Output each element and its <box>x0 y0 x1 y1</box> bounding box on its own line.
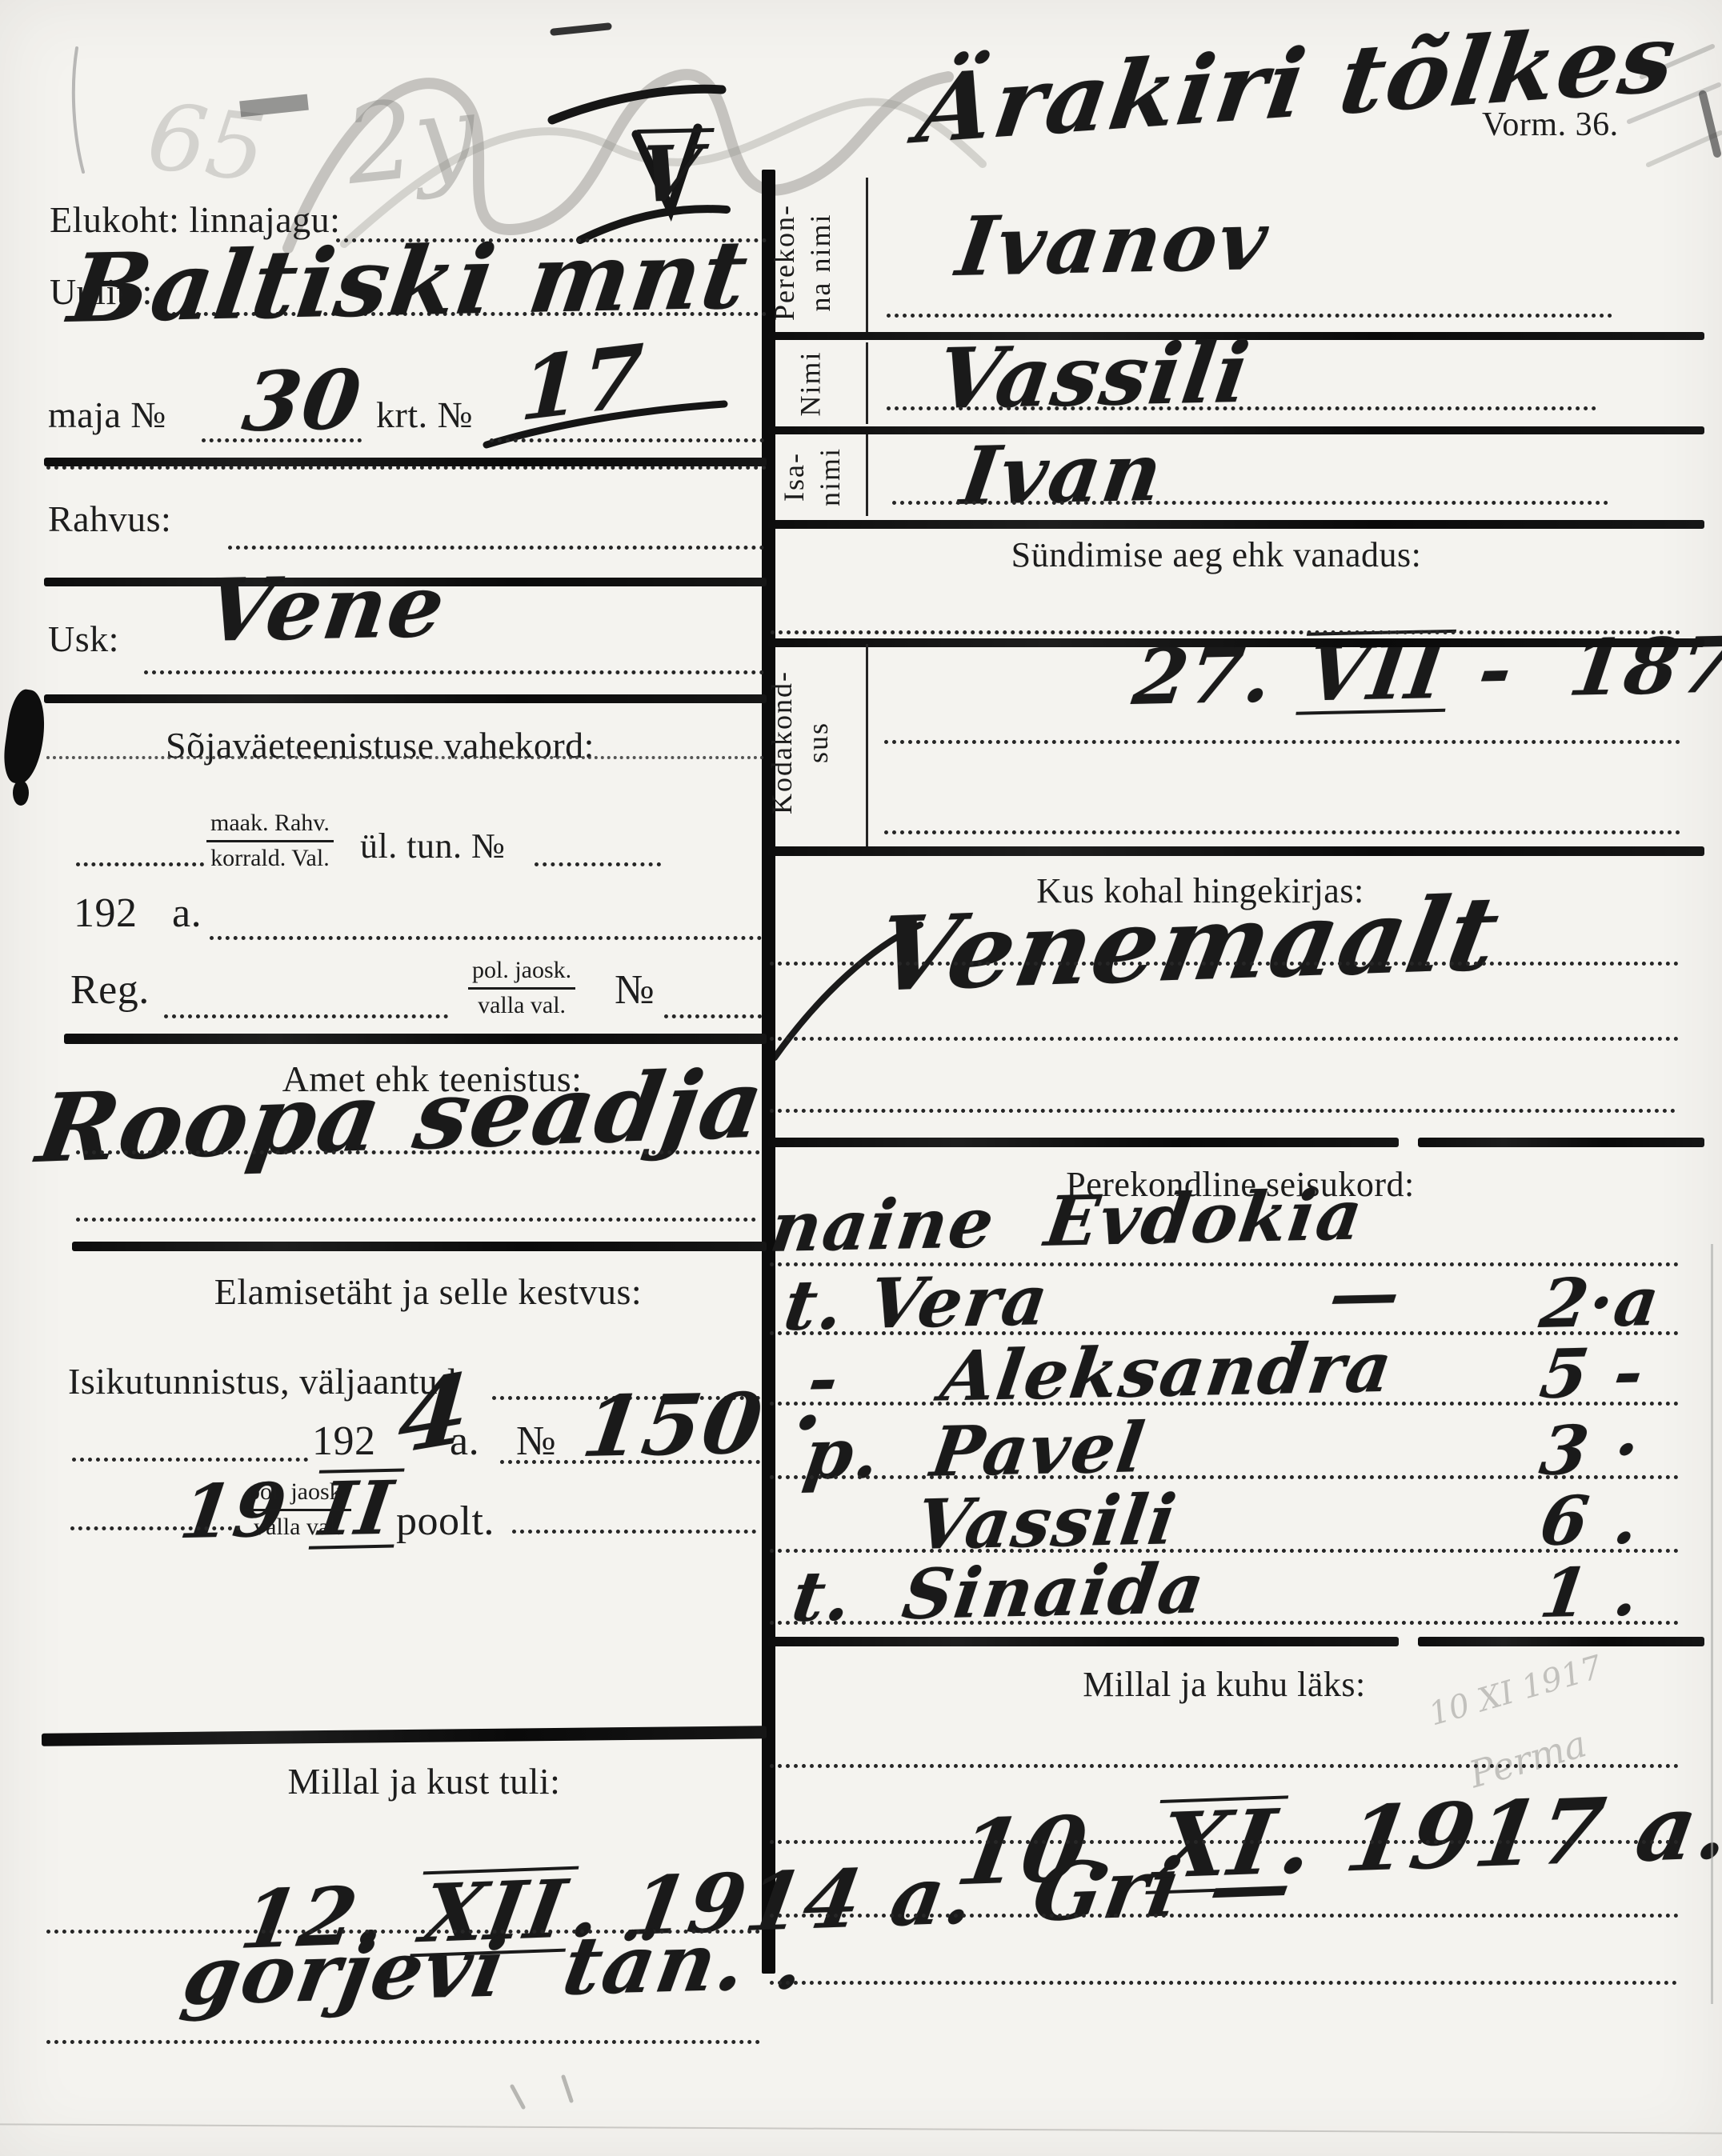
registration-card: 65 2y Ärakiri tõlkes Vorm. 36. Elukoht: … <box>0 0 1722 2156</box>
issue-no-value: 150 · <box>578 1381 830 1469</box>
sojavae-line <box>46 756 764 759</box>
reg-no-label: № <box>615 966 655 1014</box>
rule <box>72 1242 767 1251</box>
rule <box>768 846 1704 856</box>
elamisetaht-heading: Elamisetäht ja selle kestvus: <box>172 1270 684 1313</box>
form-number: Vorm. 36. <box>1482 106 1619 144</box>
poolt-label: poolt. <box>396 1498 495 1545</box>
rahvus-line <box>228 546 764 550</box>
label-isanimi-line1: Isa- <box>776 421 812 533</box>
scan-bottom-line <box>0 2123 1722 2134</box>
pencil-mark: 2y <box>339 70 482 209</box>
top-dash <box>554 26 608 32</box>
krt-label: krt. № <box>376 394 473 436</box>
sojavae-heading: Sõjaväeteenistuse vahekord: <box>120 724 640 766</box>
rule <box>768 426 1704 434</box>
krt-value: 17 <box>519 333 647 434</box>
year-line <box>210 936 762 940</box>
hingekirjas-line-1 <box>770 962 1679 966</box>
reg-label: Reg. <box>70 966 150 1014</box>
uulits-value: Baltiski mnt <box>64 227 754 336</box>
maak-line-left <box>76 862 204 866</box>
usk-label: Usk: <box>48 618 119 660</box>
ink-blob-small <box>13 780 29 806</box>
label-separator <box>866 342 868 424</box>
reg-line-left <box>164 1014 448 1018</box>
laks-day: 10. <box>950 1794 1161 1906</box>
year-prefix: 192 <box>74 890 138 937</box>
rule <box>768 1637 1399 1646</box>
rule <box>768 1138 1399 1147</box>
family-row-age: 1 . <box>1536 1558 1644 1627</box>
amet-line-2 <box>76 1218 756 1222</box>
ink-bar-over-v <box>552 89 722 120</box>
patronymic-line <box>892 501 1608 505</box>
reg-fraction: pol. jaosk. valla val. <box>468 957 575 1019</box>
ink-blob <box>0 687 50 786</box>
label-isanimi: Isa- nimi <box>776 421 853 533</box>
hingekirjas-value: Venemaalt <box>868 882 1508 1006</box>
reg-fraction-top: pol. jaosk. <box>468 957 575 990</box>
family-row-name: naine Evdokia <box>767 1182 1368 1262</box>
issue-a-label: a. <box>450 1418 479 1465</box>
hingekirjas-line-2 <box>770 1037 1679 1041</box>
label-kodakondsus-line2: sus <box>800 622 836 862</box>
rule <box>1418 1138 1704 1147</box>
label-kodakondsus: Kodakond- sus <box>764 622 860 862</box>
maak-line-right <box>535 862 661 866</box>
surname-value: Ivanov <box>952 200 1274 288</box>
pencil-hatch-3 <box>1648 133 1720 165</box>
maja-label: maja № <box>48 394 166 436</box>
family-row-line <box>770 1549 1679 1553</box>
label-isanimi-line2: nimi <box>812 421 848 533</box>
issue-no-label: № <box>516 1418 556 1465</box>
edge-smudge <box>1703 94 1717 154</box>
family-row-age: 6 . <box>1536 1486 1644 1555</box>
issue-year-printed: 192 <box>312 1418 376 1465</box>
firstname-line <box>887 406 1596 410</box>
maak-fraction-top: maak. Rahv. <box>206 810 334 842</box>
family-row-age: 5 - <box>1536 1338 1649 1408</box>
maak-fraction: maak. Rahv. korrald. Val. <box>206 810 334 872</box>
kodakondsus-line-2 <box>884 830 1680 834</box>
poolt-line-right <box>512 1530 756 1534</box>
rule-heavy <box>42 1726 767 1746</box>
label-separator <box>866 434 868 516</box>
laks-heading: Millal ja kuhu läks: <box>984 1664 1464 1705</box>
rule <box>44 694 767 703</box>
amet-value: Roopa seadja <box>32 1057 771 1176</box>
rahvus-label: Rahvus: <box>48 498 171 540</box>
elukoht-value: V <box>626 128 715 214</box>
laks-line-2 <box>770 1840 1679 1844</box>
maak-fraction-bottom: korrald. Val. <box>206 842 334 873</box>
scan-edge-line <box>1711 1244 1713 2004</box>
laks-rest: . 1917 a. Permi . <box>1273 1758 1722 1894</box>
usk-value: Vene <box>200 563 451 654</box>
issue-line-right <box>500 1460 760 1464</box>
laks-line-3 <box>770 1914 1679 1918</box>
rule <box>64 1034 767 1044</box>
hingekirjas-line-3 <box>770 1109 1676 1113</box>
usk-line <box>144 670 764 674</box>
laks-value: 10. XI. 1917 a. Permi . <box>804 1674 1722 1996</box>
amet-line-1 <box>76 1150 760 1154</box>
rule <box>768 520 1704 529</box>
ul-tun-label: ül. tun. № <box>360 826 505 866</box>
issue-line-left <box>72 1458 308 1462</box>
family-row-line <box>770 1402 1679 1406</box>
reg-line-right <box>664 1014 762 1018</box>
tuli-value-line2: gorjevi tän. . <box>178 1920 812 2016</box>
poolt-fraction-top: pol. jaosk. <box>244 1478 351 1511</box>
rule <box>44 458 767 466</box>
bottom-speck-2 <box>563 2077 571 2101</box>
tuli-line-2 <box>46 2040 760 2044</box>
surname-line <box>887 314 1612 318</box>
bottom-speck-1 <box>512 2086 523 2107</box>
year-a-label: a. <box>172 890 202 937</box>
corner-crease <box>74 48 83 172</box>
birth-value: 27. VII - 1870 . <box>1004 544 1722 798</box>
label-kodakondsus-line1: Kodakond- <box>764 622 800 862</box>
poolt-fraction-bottom: valla val. <box>244 1511 351 1542</box>
kodakondsus-line-1 <box>884 740 1680 744</box>
laks-line-4 <box>770 1981 1677 1985</box>
laks-month-roman: XI <box>1145 1795 1288 1894</box>
poolt-line-left <box>70 1526 240 1530</box>
maja-value: 30 <box>238 359 366 443</box>
family-row-line <box>770 1621 1679 1625</box>
label-separator <box>866 178 868 332</box>
birth-line <box>771 630 1680 634</box>
family-row-age: 2·a <box>1536 1268 1664 1338</box>
family-row-line <box>770 1475 1679 1479</box>
label-separator <box>866 644 868 846</box>
poolt-fraction: pol. jaosk. valla val. <box>244 1478 351 1541</box>
rule <box>768 638 1704 647</box>
reg-fraction-bottom: valla val. <box>468 990 575 1020</box>
